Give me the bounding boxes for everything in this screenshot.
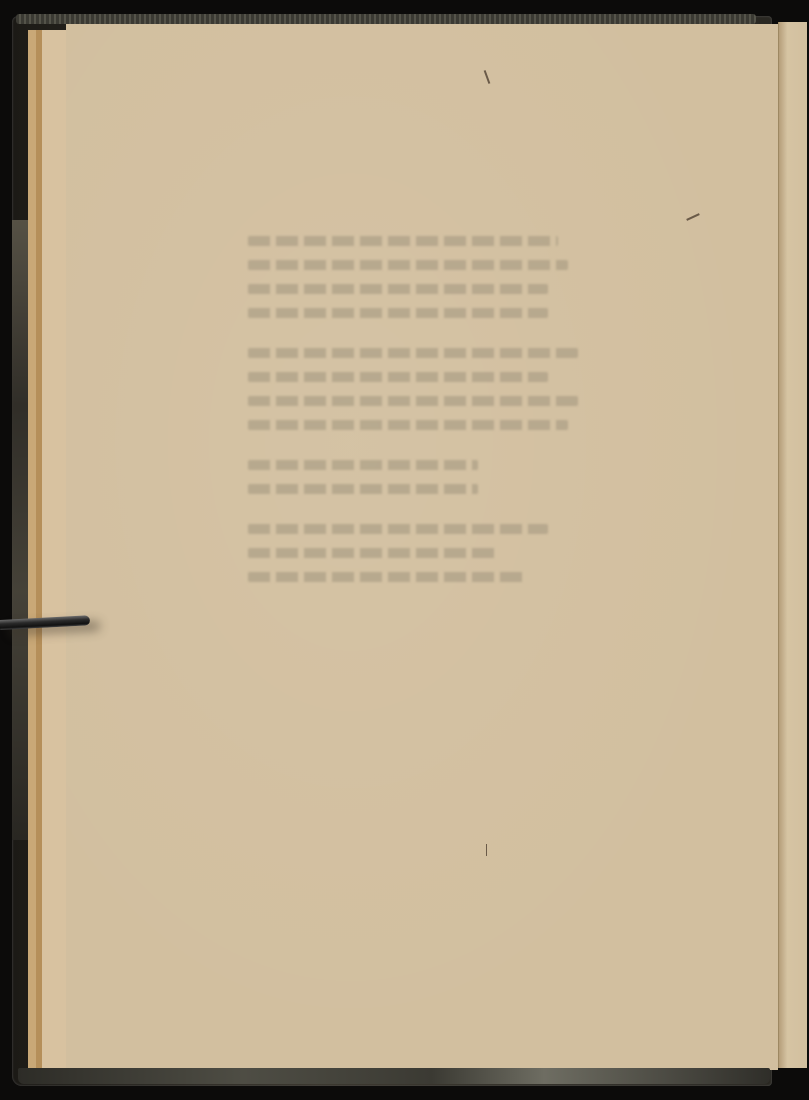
show-through-line [248,348,578,358]
show-through-line [248,420,568,430]
show-through-line [248,308,548,318]
show-through-line [248,524,548,534]
cover-top-edge [16,14,756,24]
show-through-text [248,236,578,612]
page-edge-strip [42,30,67,1070]
facing-page-edge [778,22,807,1068]
paper-blemish [486,844,487,856]
show-through-block [248,524,578,582]
show-through-line [248,484,478,494]
paper-blemish [484,70,491,84]
show-through-line [248,284,548,294]
show-through-line [248,460,478,470]
cover-bottom-edge [18,1068,770,1084]
show-through-block [248,460,578,494]
show-through-block [248,236,578,318]
show-through-line [248,548,498,558]
show-through-line [248,260,568,270]
paper-blemish [686,213,700,221]
show-through-block [248,348,578,430]
show-through-line [248,572,528,582]
show-through-line [248,396,578,406]
show-through-line [248,372,548,382]
show-through-line [248,236,558,246]
page-edge-strip [28,30,36,1070]
